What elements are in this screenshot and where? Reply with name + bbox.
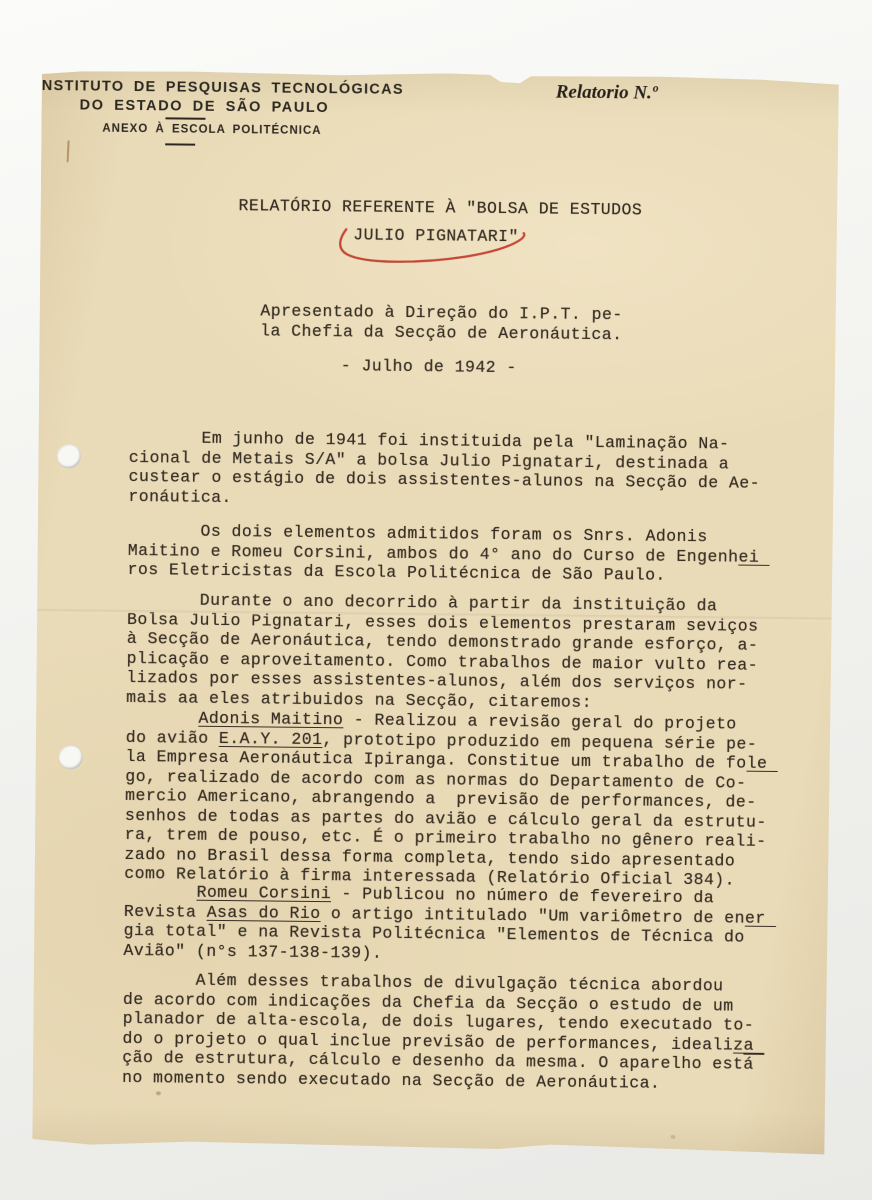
subtitle-date: - Julho de 1942 - [341, 356, 517, 377]
paragraph-admitted-students: Os dois elementos admitidos foram os Snr… [127, 521, 769, 586]
document-title-line-1: RELATÓRIO REFERENTE À "BOLSA DE ESTUDOS [238, 196, 642, 220]
letterhead-rule-2 [165, 143, 195, 145]
stain-speck [156, 1091, 161, 1095]
hole-punch-top [57, 444, 81, 468]
letterhead-annex-line: ANEXO À ESCOLA POLITÉCNICA [102, 123, 321, 137]
letterhead-rule-1 [165, 117, 205, 119]
letterhead-state-line: DO ESTADO DE SÃO PAULO [80, 97, 330, 116]
subtitle-block: Apresentado à Direção do I.P.T. pe- la C… [260, 301, 623, 344]
hole-punch-bottom [58, 745, 82, 769]
document-page: NSTITUTO DE PESQUISAS TECNOLÓGICAS DO ES… [30, 68, 839, 1155]
paragraph-adonis-maitino: Adonis Maitino - Realizou a revisão gera… [124, 708, 778, 891]
stain-speck [670, 1135, 675, 1139]
letterhead-institute-name: NSTITUTO DE PESQUISAS TECNOLÓGICAS [42, 78, 404, 98]
paragraph-romeu-corsini: Romeu Corsini - Publicou no número de fe… [123, 882, 776, 967]
paragraph-year-summary: Durante o ano decorrido à partir da inst… [126, 590, 759, 714]
red-underline-annotation [336, 225, 536, 271]
ink-mark [67, 140, 70, 162]
report-number-label: Relatorio N.º [556, 82, 658, 105]
scan-background: NSTITUTO DE PESQUISAS TECNOLÓGICAS DO ES… [0, 0, 872, 1200]
paragraph-institution: Em junho de 1941 foi instituida pela "La… [128, 428, 760, 513]
paragraph-glider-project: Além desses trabalhos de divulgação técn… [122, 970, 765, 1094]
